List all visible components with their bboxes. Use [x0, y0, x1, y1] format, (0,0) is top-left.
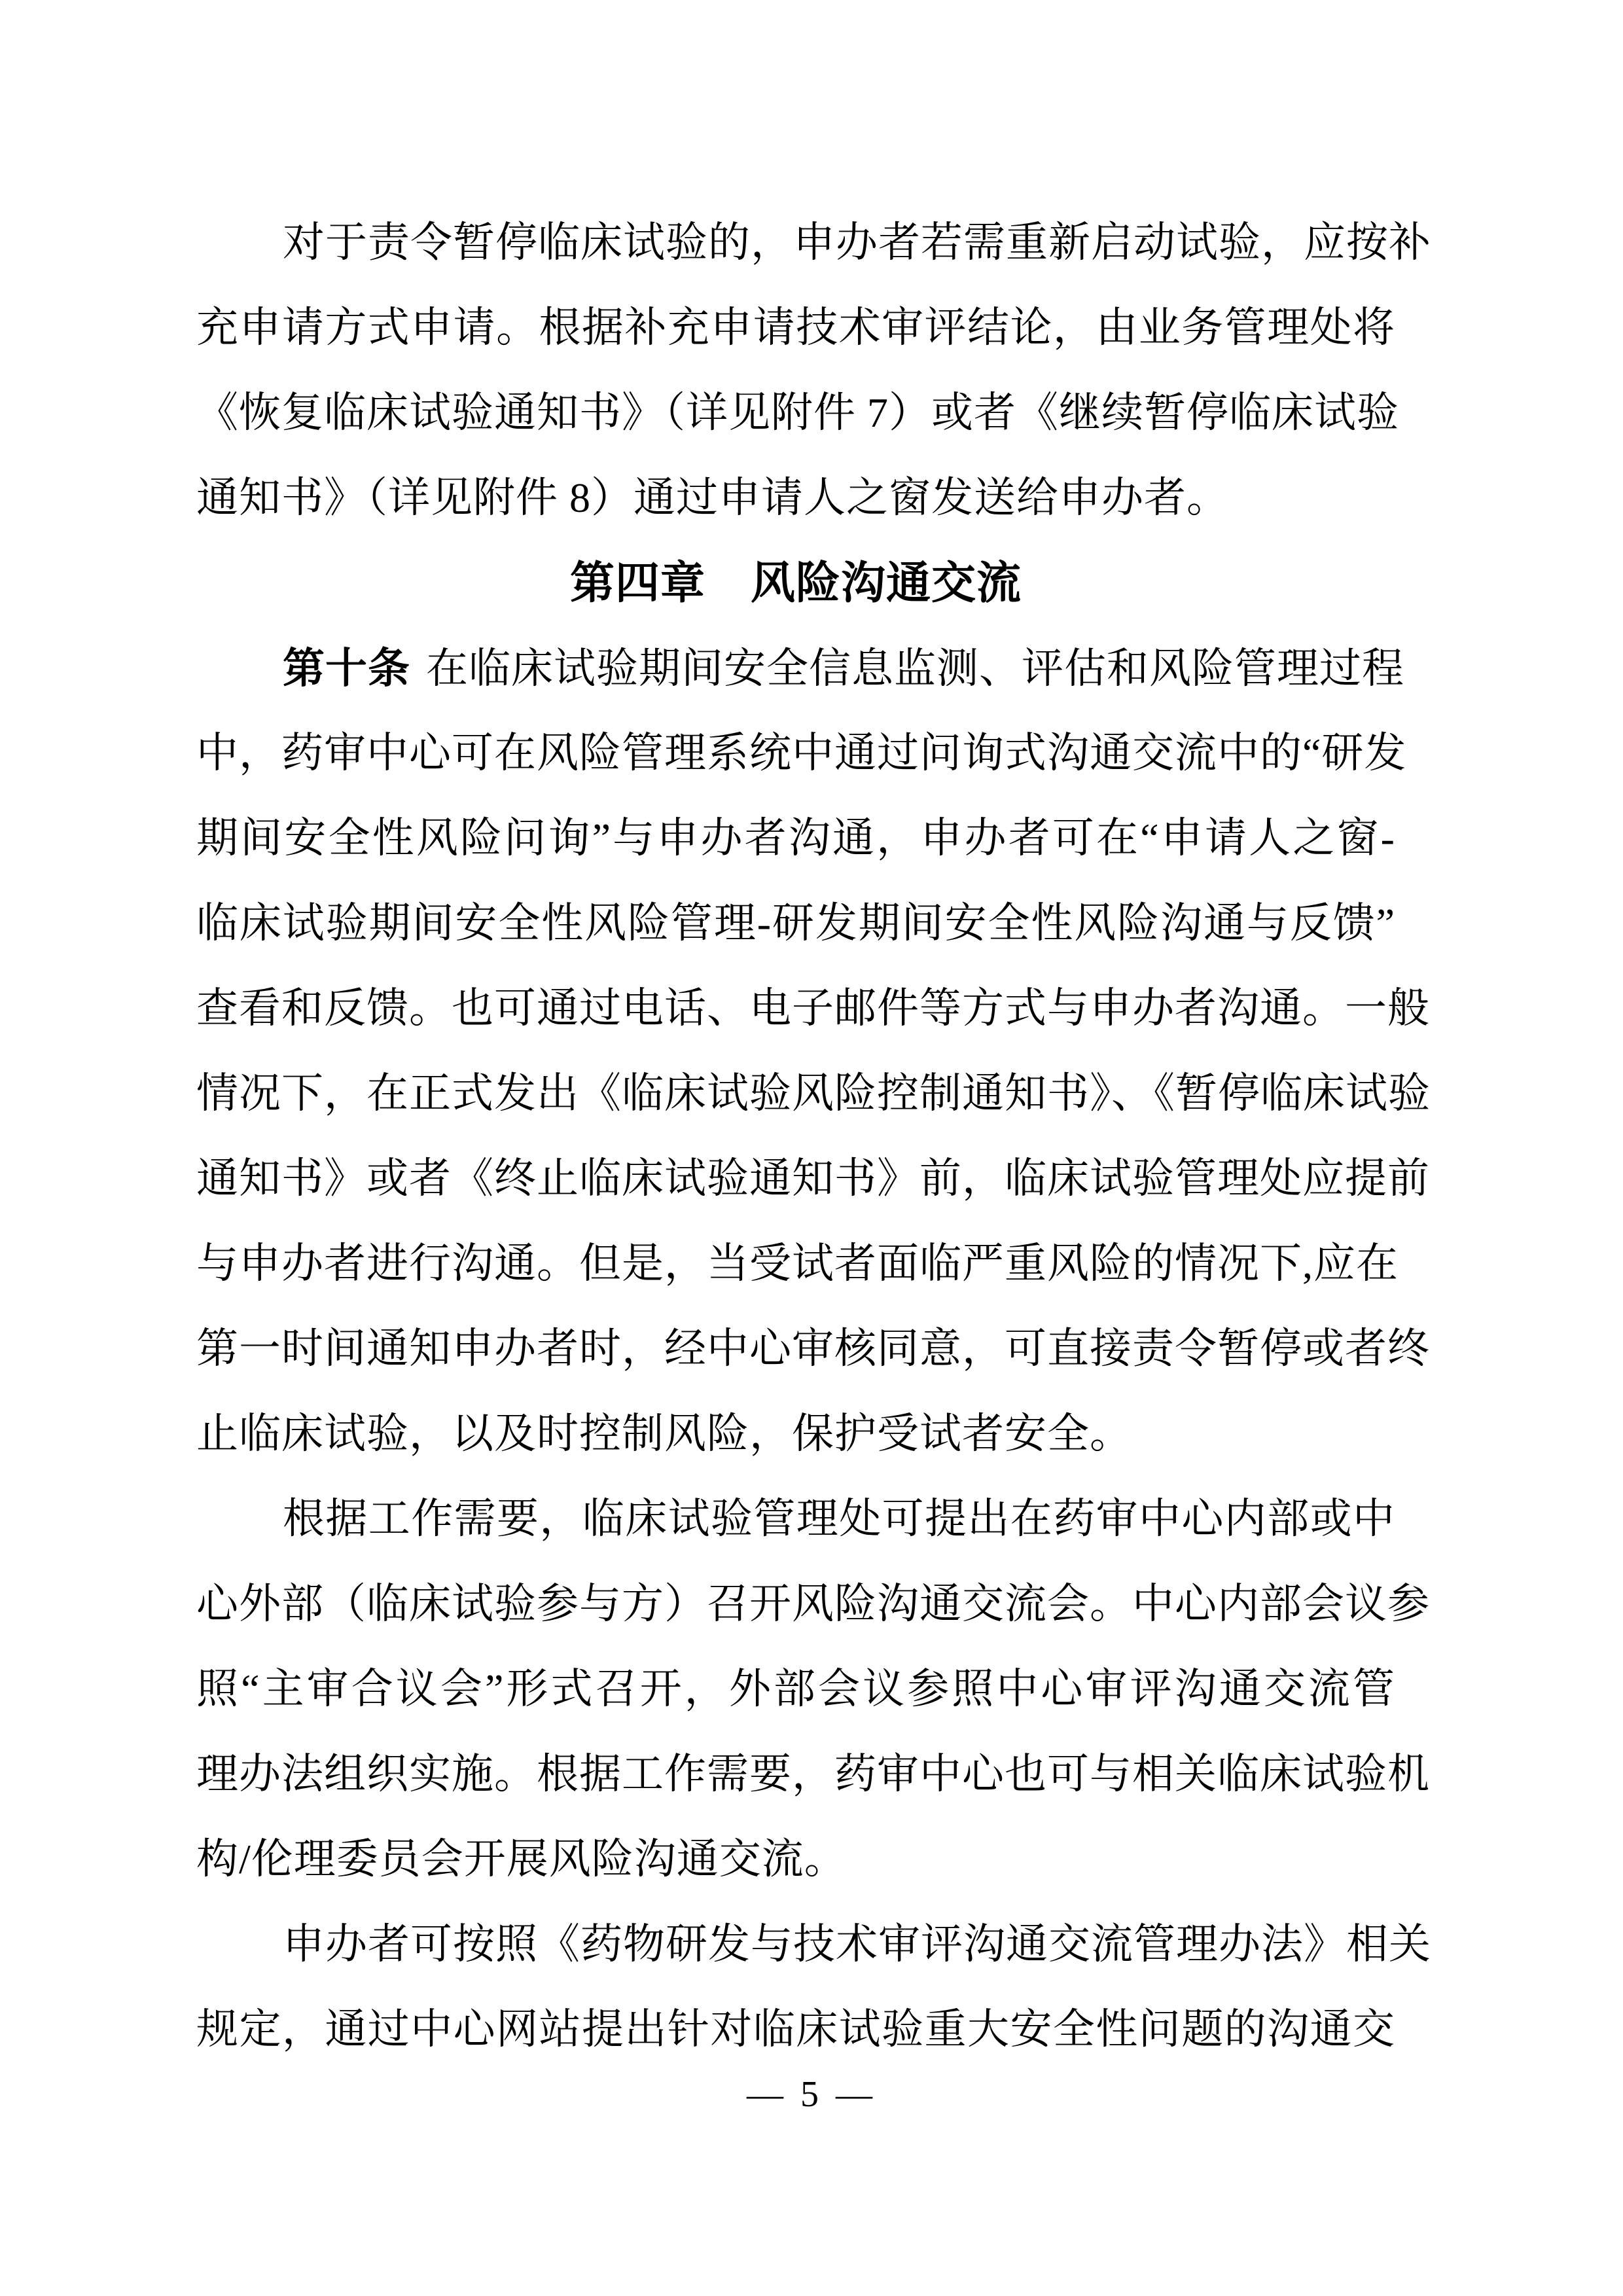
- article-text: 在临床试验期间安全信息监测、评估和风险管理过程: [426, 645, 1404, 692]
- text-line: 中，药审中心可在风险管理系统中通过问询式沟通交流中的“研发: [196, 711, 1395, 796]
- text-line: 临床试验期间安全性风险管理-研发期间安全性风险沟通与反馈”: [196, 881, 1395, 966]
- article-label: 第十条: [283, 645, 410, 692]
- text-line: 止临床试验，以及时控制风险，保护受试者安全。: [196, 1391, 1395, 1477]
- text-line: 情况下，在正式发出《临床试验风险控制通知书》、《暂停临床试验: [196, 1051, 1395, 1136]
- text-line: 构/伦理委员会开展风险沟通交流。: [196, 1817, 1395, 1902]
- text-line: 申办者可按照《药物研发与技术审评沟通交流管理办法》相关: [196, 1902, 1395, 1987]
- text-line: 充申请方式申请。根据补充申请技术审评结论，由业务管理处将: [196, 285, 1395, 370]
- text-line: 通知书》（详见附件 8）通过申请人之窗发送给申办者。: [196, 456, 1395, 541]
- text-line: 心外部（临床试验参与方）召开风险沟通交流会。中心内部会议参: [196, 1562, 1395, 1647]
- text-line: 对于责令暂停临床试验的，申办者若需重新启动试验，应按补: [196, 200, 1395, 285]
- document-page: 对于责令暂停临床试验的，申办者若需重新启动试验，应按补 充申请方式申请。根据补充…: [0, 0, 1623, 2296]
- text-line: 《恢复临床试验通知书》（详见附件 7）或者《继续暂停临床试验: [196, 370, 1395, 456]
- text-line: 第一时间通知申办者时，经中心审核同意，可直接责令暂停或者终: [196, 1306, 1395, 1391]
- text-line: 通知书》或者《终止临床试验通知书》前，临床试验管理处应提前: [196, 1136, 1395, 1221]
- text-line: 照“主审合议会”形式召开，外部会议参照中心审评沟通交流管: [196, 1647, 1395, 1732]
- document-body: 对于责令暂停临床试验的，申办者若需重新启动试验，应按补 充申请方式申请。根据补充…: [196, 200, 1395, 2072]
- text-line: 与申办者进行沟通。但是，当受试者面临严重风险的情况下,应在: [196, 1221, 1395, 1306]
- text-line: 查看和反馈。也可通过电话、电子邮件等方式与申办者沟通。一般: [196, 966, 1395, 1051]
- text-line: 第十条在临床试验期间安全信息监测、评估和风险管理过程: [196, 626, 1395, 711]
- text-line: 规定，通过中心网站提出针对临床试验重大安全性问题的沟通交: [196, 1987, 1395, 2072]
- text-line: 理办法组织实施。根据工作需要，药审中心也可与相关临床试验机: [196, 1732, 1395, 1817]
- text-line: 根据工作需要，临床试验管理处可提出在药审中心内部或中: [196, 1477, 1395, 1562]
- text-line: 期间安全性风险问询”与申办者沟通，申办者可在“申请人之窗-: [196, 796, 1395, 881]
- page-number: — 5 —: [0, 2062, 1623, 2127]
- chapter-heading: 第四章 风险沟通交流: [196, 541, 1395, 626]
